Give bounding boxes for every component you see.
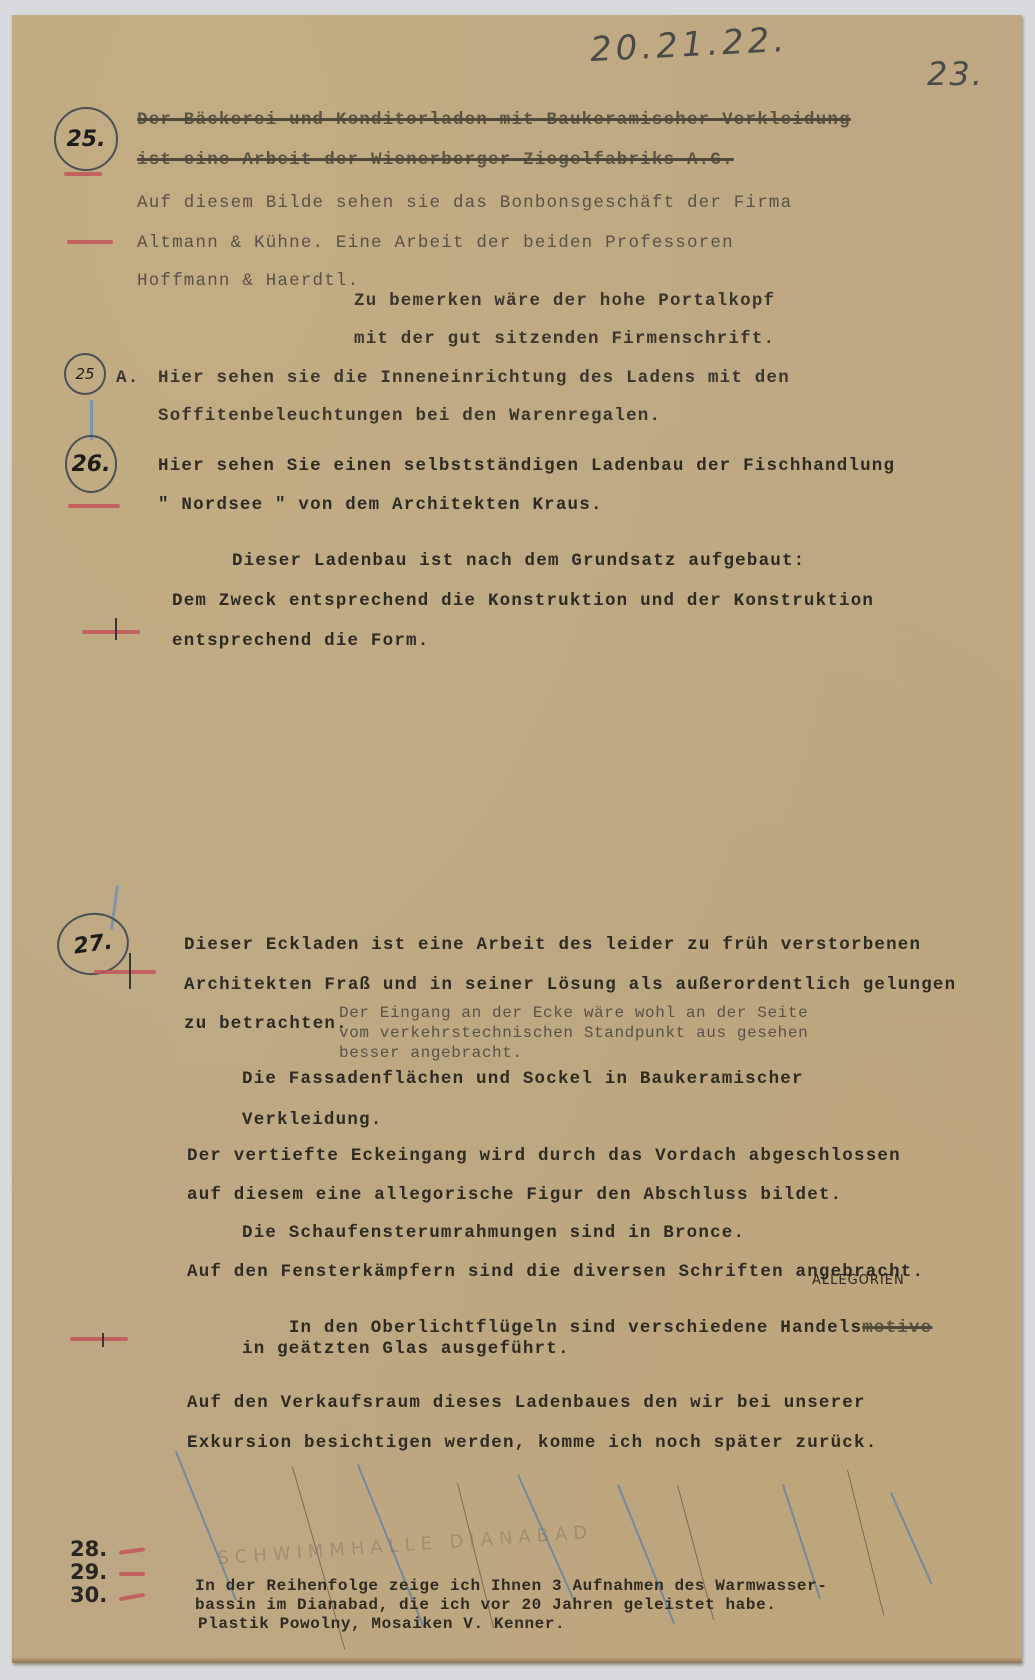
pencil-annotation: SCHWIMMHALLE DIANABAD: [217, 1522, 594, 1569]
handwritten-correction: ALLEGORIEN: [812, 1273, 905, 1288]
text-insert: besser angebracht.: [339, 1045, 523, 1061]
slide-marker-30: 30.: [70, 1583, 107, 1607]
text-line: in geätzten Glas ausgeführt.: [242, 1341, 570, 1359]
red-pencil-mark: [70, 1337, 128, 1341]
blue-cancel-stroke: [890, 1492, 933, 1584]
slide-number: 25: [75, 365, 94, 383]
red-pencil-mark: [68, 504, 120, 508]
slide-marker-29: 29.: [70, 1560, 107, 1584]
text-line: Hier sehen Sie einen selbstständigen Lad…: [158, 458, 895, 476]
struck-line: Der Bäckerei und Konditorladen mit Bauke…: [137, 112, 851, 130]
text-line: Dieser Eckladen ist eine Arbeit des leid…: [184, 937, 921, 955]
text-line: Altmann & Kühne. Eine Arbeit der beiden …: [137, 235, 734, 253]
red-pencil-mark: [67, 240, 113, 244]
text-line: " Nordsee " von dem Architekten Kraus.: [158, 497, 603, 515]
text-line: Verkleidung.: [242, 1112, 382, 1130]
text-line: zu betrachten.: [184, 1016, 348, 1034]
red-pencil-mark: [119, 1593, 145, 1601]
red-pencil-mark: [64, 172, 102, 176]
text-line: Die Fassadenflächen und Sockel in Bauker…: [242, 1071, 804, 1089]
slide-marker-25a: 25: [64, 353, 106, 395]
text-line-crossed: Auf den Verkaufsraum dieses Ladenbaues d…: [187, 1395, 866, 1413]
text-line: Zu bemerken wäre der hohe Portalkopf: [354, 293, 775, 311]
text-line: Der vertiefte Eckeingang wird durch das …: [187, 1148, 901, 1166]
text-line: Plastik Powolny, Mosaiken V. Kenner.: [198, 1616, 565, 1632]
red-pencil-mark: [82, 630, 140, 634]
pencil-cross: [115, 618, 117, 640]
pencil-cross: [129, 953, 131, 989]
text-insert: vom verkehrstechnischen Standpunkt aus g…: [339, 1025, 808, 1041]
text-line: bassin im Dianabad, die ich vor 20 Jahre…: [195, 1597, 777, 1613]
document-page: 20.21.22. 23. 25. Der Bäckerei und Kondi…: [12, 15, 1022, 1663]
text-line: A.: [116, 370, 139, 388]
pencil-cross: [102, 1333, 104, 1347]
text-line: Hoffmann & Haerdtl.: [137, 273, 359, 291]
text-segment: In den Oberlichtflügeln sind verschieden…: [289, 1318, 862, 1338]
text-line: Soffitenbeleuchtungen bei den Warenregal…: [158, 408, 661, 426]
red-pencil-mark: [94, 970, 156, 974]
struck-word: motive: [862, 1318, 932, 1338]
slide-marker-25: 25.: [54, 107, 118, 171]
text-line: Dieser Ladenbau ist nach dem Grundsatz a…: [232, 553, 805, 571]
pencil-cancel-stroke: [847, 1470, 884, 1616]
handwritten-slide-range: 20.21.22.: [589, 20, 789, 70]
slide-number: 25.: [67, 127, 106, 152]
text-line: Auf diesem Bilde sehen sie das Bonbonsge…: [137, 195, 792, 213]
text-insert: Der Eingang an der Ecke wäre wohl an der…: [339, 1005, 808, 1021]
text-line: mit der gut sitzenden Firmenschrift.: [354, 331, 775, 349]
text-line: Die Schaufensterumrahmungen sind in Bron…: [242, 1225, 745, 1243]
text-line: Architekten Fraß und in seiner Lösung al…: [184, 977, 956, 995]
struck-line: ist eine Arbeit der Wienerberger Ziegelf…: [137, 152, 734, 170]
red-pencil-mark: [119, 1547, 145, 1555]
slide-marker-27: 27.: [53, 908, 133, 979]
blue-pencil-mark: [90, 400, 93, 440]
slide-marker-28: 28.: [70, 1537, 107, 1561]
red-pencil-mark: [119, 1572, 145, 1576]
slide-marker-26: 26.: [65, 435, 117, 493]
text-line: entsprechend die Form.: [172, 633, 429, 651]
text-line: In der Reihenfolge zeige ich Ihnen 3 Auf…: [195, 1578, 828, 1594]
text-line-crossed: Exkursion besichtigen werden, komme ich …: [187, 1435, 877, 1453]
slide-number: 27.: [72, 929, 114, 959]
text-line: Hier sehen sie die Inneneinrichtung des …: [158, 370, 790, 388]
text-line: auf diesem eine allegorische Figur den A…: [187, 1187, 842, 1205]
text-line: Dem Zweck entsprechend die Konstruktion …: [172, 593, 874, 611]
slide-number: 26.: [72, 452, 111, 477]
handwritten-page-number: 23.: [927, 55, 984, 93]
